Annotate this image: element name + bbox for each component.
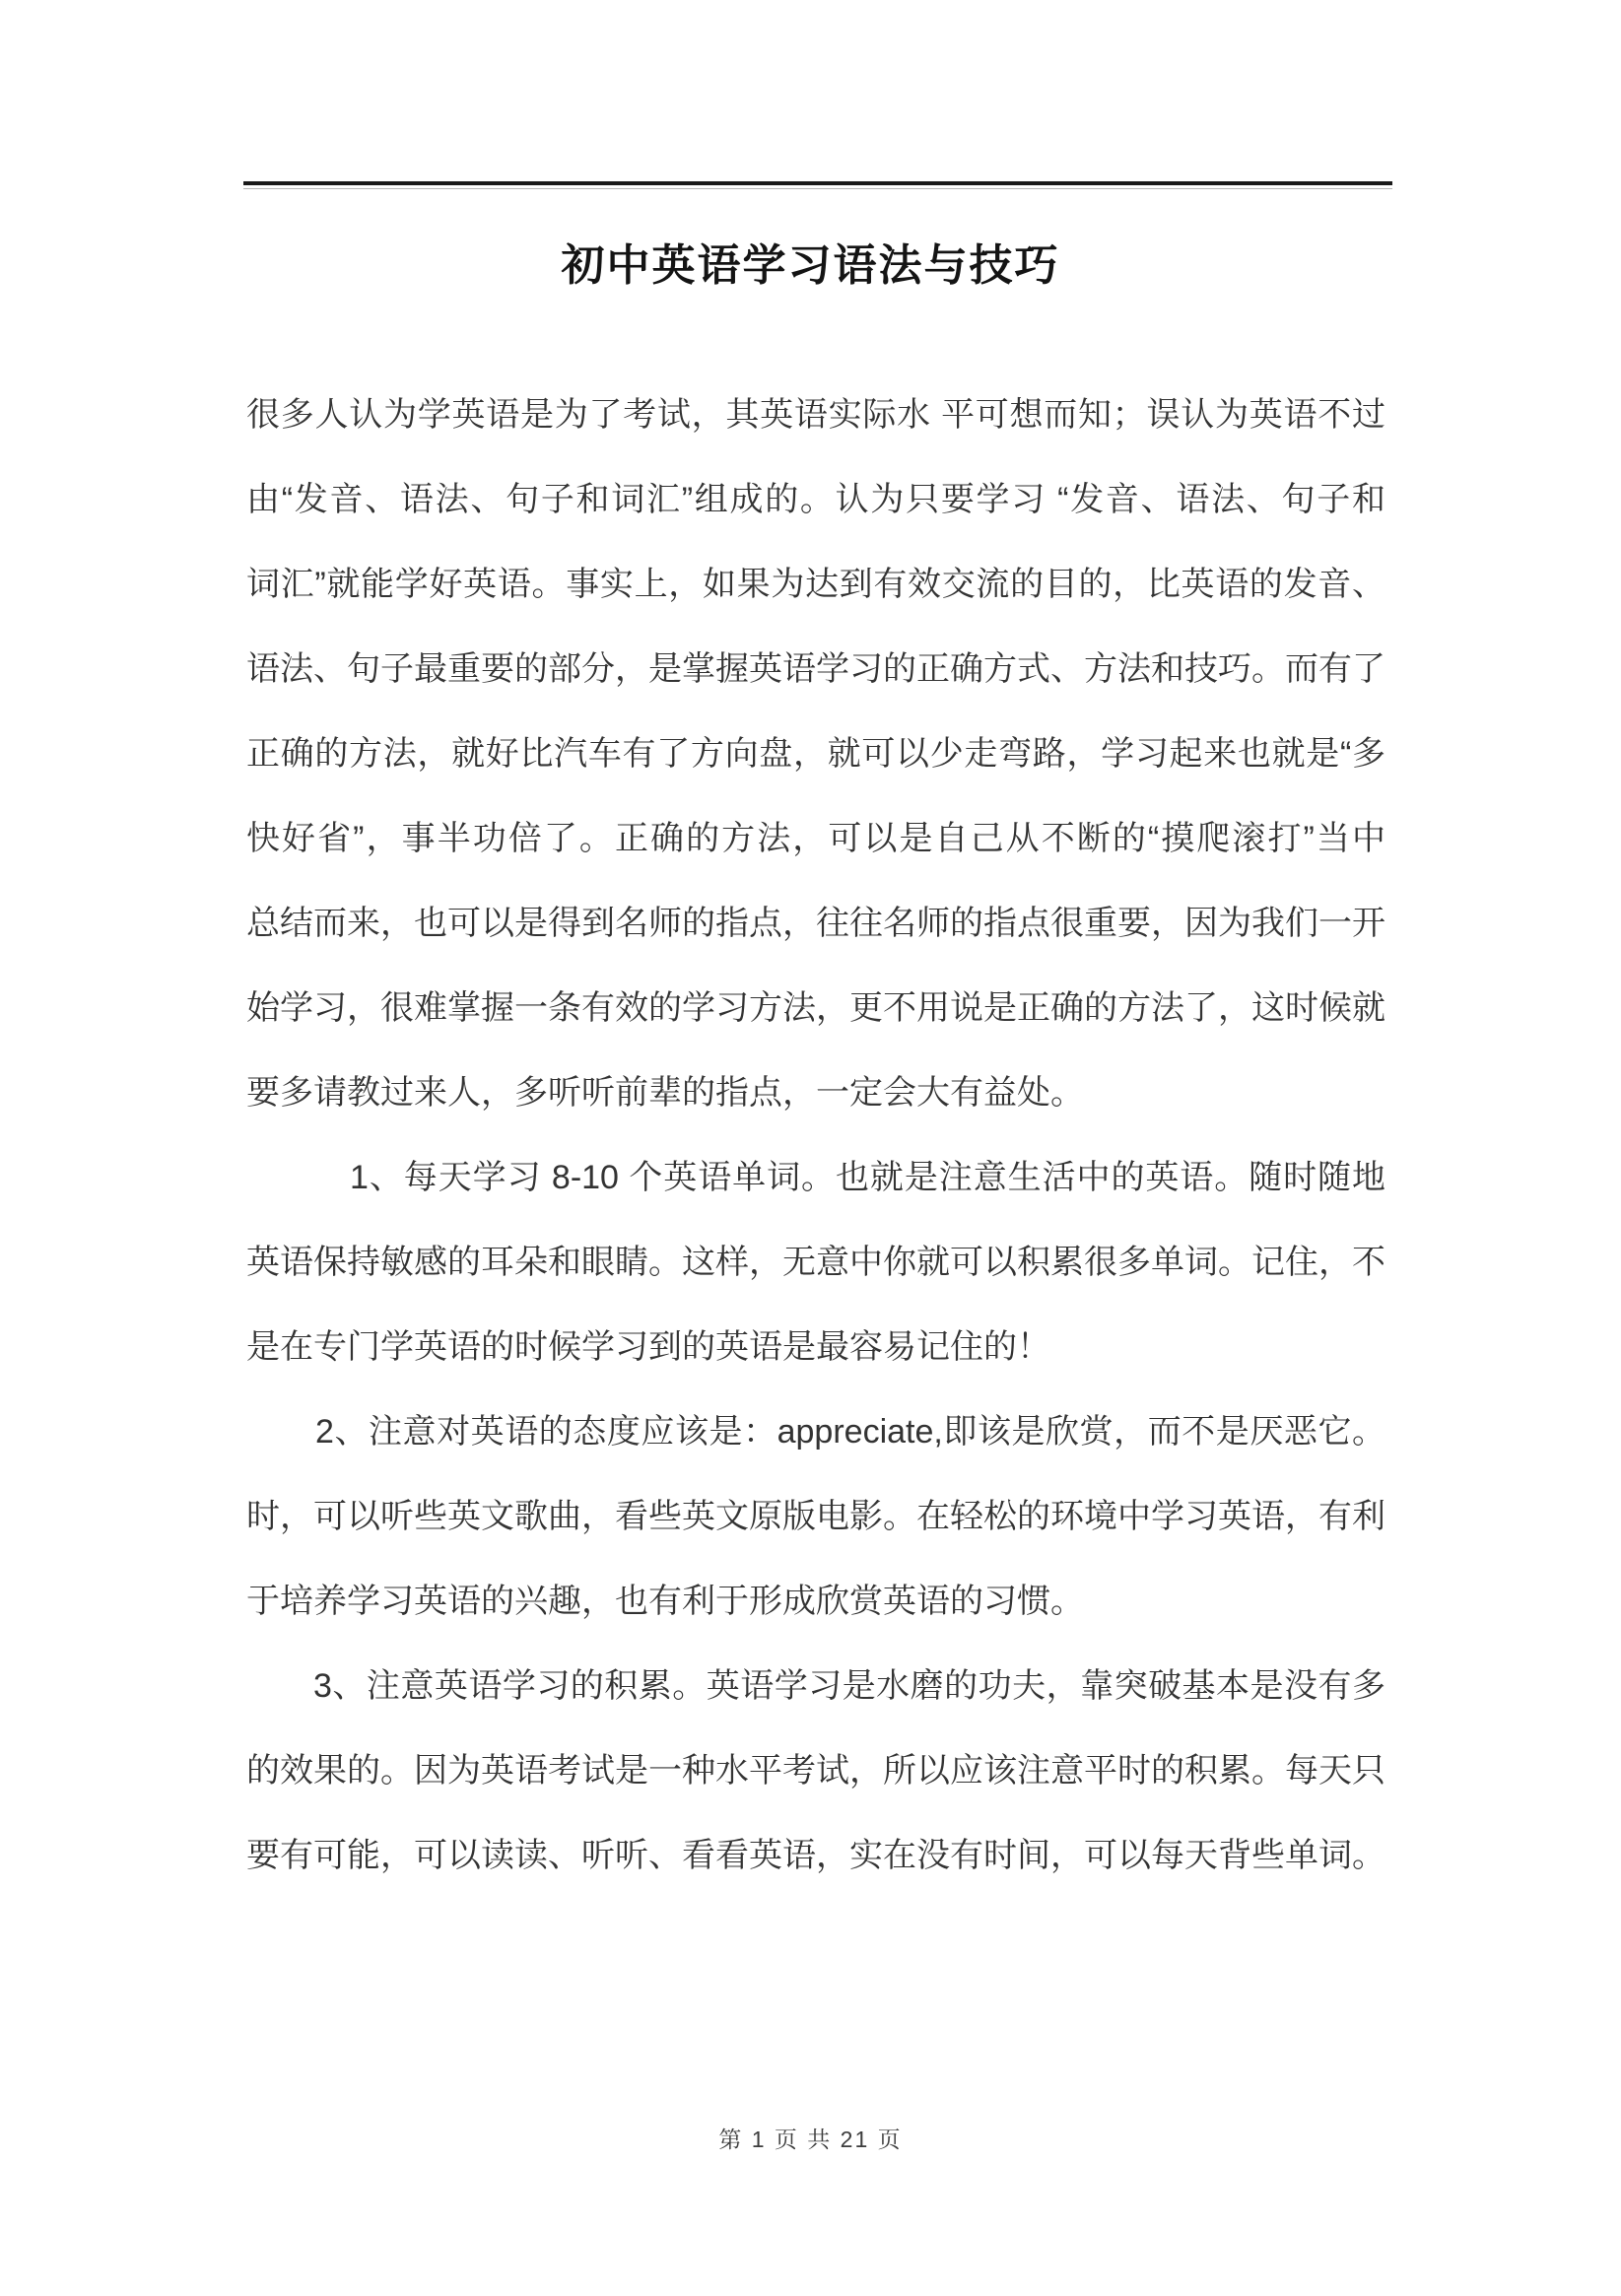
page-title: 初中英语学习语法与技巧 xyxy=(0,239,1621,293)
paragraph: 2、注意对英语的态度应该是：appreciate,即该是欣赏，而不是厌恶它。平 … xyxy=(246,1389,1385,1644)
body-line: 于培养学习英语的兴趣，也有利于形成欣赏英语的习惯。 xyxy=(246,1559,1385,1644)
header-rule-thin xyxy=(243,188,1392,189)
body-line: 词汇”就能学好英语。事实上，如果为达到有效交流的目的，比英语的发音、 xyxy=(246,542,1385,627)
body-line: 要多请教过来人，多听听前辈的指点，一定会大有益处。 xyxy=(246,1050,1385,1135)
body-line: 英语保持敏感的耳朵和眼睛。这样，无意中你就可以积累很多单词。记住，不 xyxy=(246,1220,1385,1305)
header-rule-thick xyxy=(243,181,1392,185)
document-body: 很多人认为学英语是为了考试，其英语实际水 平可想而知；误认为英语不过是 由“发音… xyxy=(246,372,1385,1898)
paragraph: 1、每天学习 8-10 个英语单词。也就是注意生活中的英语。随时随地对 英语保持… xyxy=(246,1135,1385,1389)
body-line: 的效果的。因为英语考试是一种水平考试，所以应该注意平时的积累。每天只 xyxy=(246,1728,1385,1813)
body-line: 快好省”，事半功倍了。正确的方法，可以是自己从不断的“摸爬滚打”当中 xyxy=(246,796,1385,881)
body-line: 由“发音、语法、句子和词汇”组成的。认为只要学习 “发音、语法、句子和 xyxy=(246,457,1385,542)
body-line: 2、注意对英语的态度应该是：appreciate,即该是欣赏，而不是厌恶它。平 xyxy=(246,1389,1385,1474)
body-line: 总结而来，也可以是得到名师的指点，往往名师的指点很重要，因为我们一开 xyxy=(246,881,1385,966)
body-line: 1、每天学习 8-10 个英语单词。也就是注意生活中的英语。随时随地对 xyxy=(246,1135,1385,1220)
paragraph: 很多人认为学英语是为了考试，其英语实际水 平可想而知；误认为英语不过是 由“发音… xyxy=(246,372,1385,1135)
body-line: 始学习，很难掌握一条有效的学习方法，更不用说是正确的方法了，这时候就 xyxy=(246,966,1385,1050)
body-line: 很多人认为学英语是为了考试，其英语实际水 平可想而知；误认为英语不过是 xyxy=(246,372,1385,457)
paragraph: 3、注意英语学习的积累。英语学习是水磨的功夫，靠突破基本是没有多大 的效果的。因… xyxy=(246,1644,1385,1898)
body-line: 要有可能，可以读读、听听、看看英语，实在没有时间，可以每天背些单词。 xyxy=(246,1813,1385,1898)
body-line: 3、注意英语学习的积累。英语学习是水磨的功夫，靠突破基本是没有多大 xyxy=(246,1644,1385,1728)
body-line: 时，可以听些英文歌曲，看些英文原版电影。在轻松的环境中学习英语，有利 xyxy=(246,1474,1385,1559)
body-line: 正确的方法，就好比汽车有了方向盘，就可以少走弯路，学习起来也就是“多 xyxy=(246,711,1385,796)
page-footer: 第 1 页 共 21 页 xyxy=(0,2123,1621,2156)
body-line: 语法、句子最重要的部分，是掌握英语学习的正确方式、方法和技巧。而有了 xyxy=(246,627,1385,711)
body-line: 是在专门学英语的时候学习到的英语是最容易记住的！ xyxy=(246,1305,1385,1389)
document-page: 初中英语学习语法与技巧 很多人认为学英语是为了考试，其英语实际水 平可想而知；误… xyxy=(0,0,1621,2296)
